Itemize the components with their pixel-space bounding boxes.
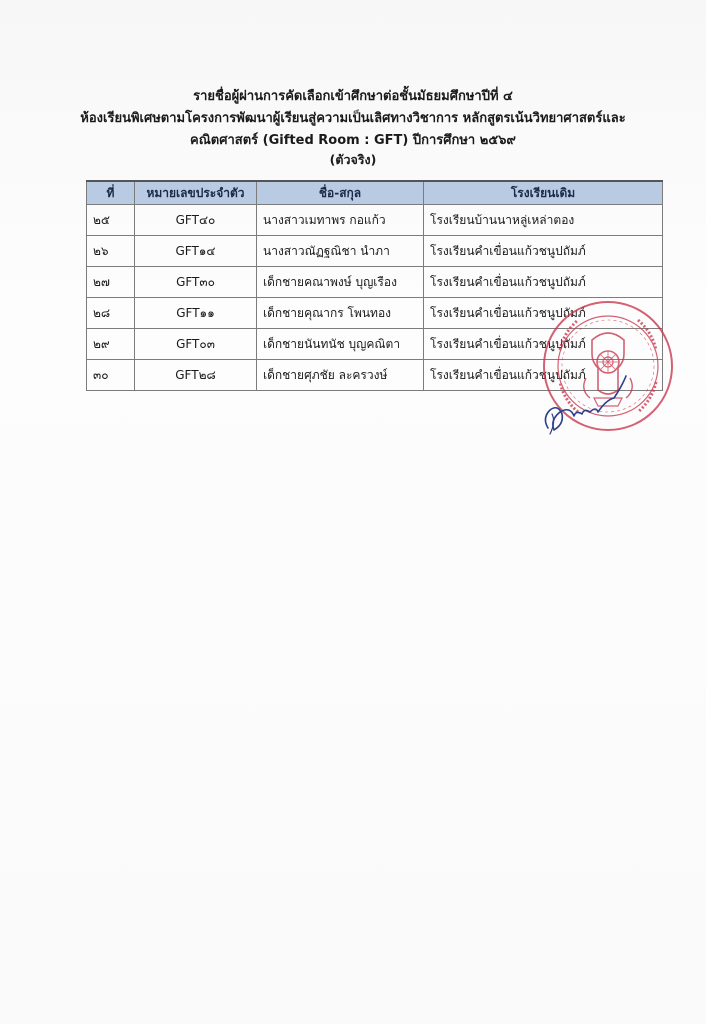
cell-no: ๒๗ [87,267,135,298]
title-line-4: (ตัวจริง) [0,152,706,168]
table-header-row: ที่ หมายเลขประจำตัว ชื่อ-สกุล โรงเรียนเด… [87,181,663,205]
cell-school: โรงเรียนคำเขื่อนแก้วชนูปถัมภ์ [424,267,663,298]
cell-name: เด็กชายนันทนัช บุญคณิตา [257,329,424,360]
cell-school: โรงเรียนบ้านนาหลู่เหล่าตอง [424,205,663,236]
table-row: ๒๘ GFT๑๑ เด็กชายคุณากร โพนทอง โรงเรียนคำ… [87,298,663,329]
header-school: โรงเรียนเดิม [424,181,663,205]
cell-school: โรงเรียนคำเขื่อนแก้วชนูปถัมภ์ [424,236,663,267]
header-id: หมายเลขประจำตัว [135,181,257,205]
cell-name: เด็กชายศุภชัย ละครวงษ์ [257,360,424,391]
title-line-1: รายชื่อผู้ผ่านการคัดเลือกเข้าศึกษาต่อชั้… [0,86,706,108]
cell-id: GFT๒๘ [135,360,257,391]
table-row: ๒๗ GFT๓๐ เด็กชายคณาพงษ์ บุญเรือง โรงเรีย… [87,267,663,298]
cell-no: ๓๐ [87,360,135,391]
cell-school: โรงเรียนคำเขื่อนแก้วชนูปถัมภ์ [424,298,663,329]
cell-id: GFT๐๓ [135,329,257,360]
header-name: ชื่อ-สกุล [257,181,424,205]
cell-school: โรงเรียนคำเขื่อนแก้วชนูปถัมภ์ [424,329,663,360]
title-line-2: ห้องเรียนพิเศษตามโครงการพัฒนาผู้เรียนสู่… [0,108,706,130]
header-no: ที่ [87,181,135,205]
cell-no: ๒๕ [87,205,135,236]
table-row: ๒๖ GFT๑๔ นางสาวณัฏฐณิชา นำภา โรงเรียนคำเ… [87,236,663,267]
table-row: ๓๐ GFT๒๘ เด็กชายศุภชัย ละครวงษ์ โรงเรียน… [87,360,663,391]
document-title: รายชื่อผู้ผ่านการคัดเลือกเข้าศึกษาต่อชั้… [0,86,706,168]
cell-name: นางสาวเมทาพร กอแก้ว [257,205,424,236]
cell-id: GFT๓๐ [135,267,257,298]
cell-no: ๒๙ [87,329,135,360]
cell-no: ๒๘ [87,298,135,329]
results-table: ที่ หมายเลขประจำตัว ชื่อ-สกุล โรงเรียนเด… [86,180,663,391]
table-row: ๒๙ GFT๐๓ เด็กชายนันทนัช บุญคณิตา โรงเรีย… [87,329,663,360]
table-row: ๒๕ GFT๔๐ นางสาวเมทาพร กอแก้ว โรงเรียนบ้า… [87,205,663,236]
cell-name: นางสาวณัฏฐณิชา นำภา [257,236,424,267]
cell-id: GFT๑๑ [135,298,257,329]
cell-name: เด็กชายคุณากร โพนทอง [257,298,424,329]
cell-id: GFT๔๐ [135,205,257,236]
title-line-3: คณิตศาสตร์ (Gifted Room : GFT) ปีการศึกษ… [0,130,706,152]
cell-school: โรงเรียนคำเขื่อนแก้วชนูปถัมภ์ [424,360,663,391]
cell-id: GFT๑๔ [135,236,257,267]
cell-no: ๒๖ [87,236,135,267]
cell-name: เด็กชายคณาพงษ์ บุญเรือง [257,267,424,298]
